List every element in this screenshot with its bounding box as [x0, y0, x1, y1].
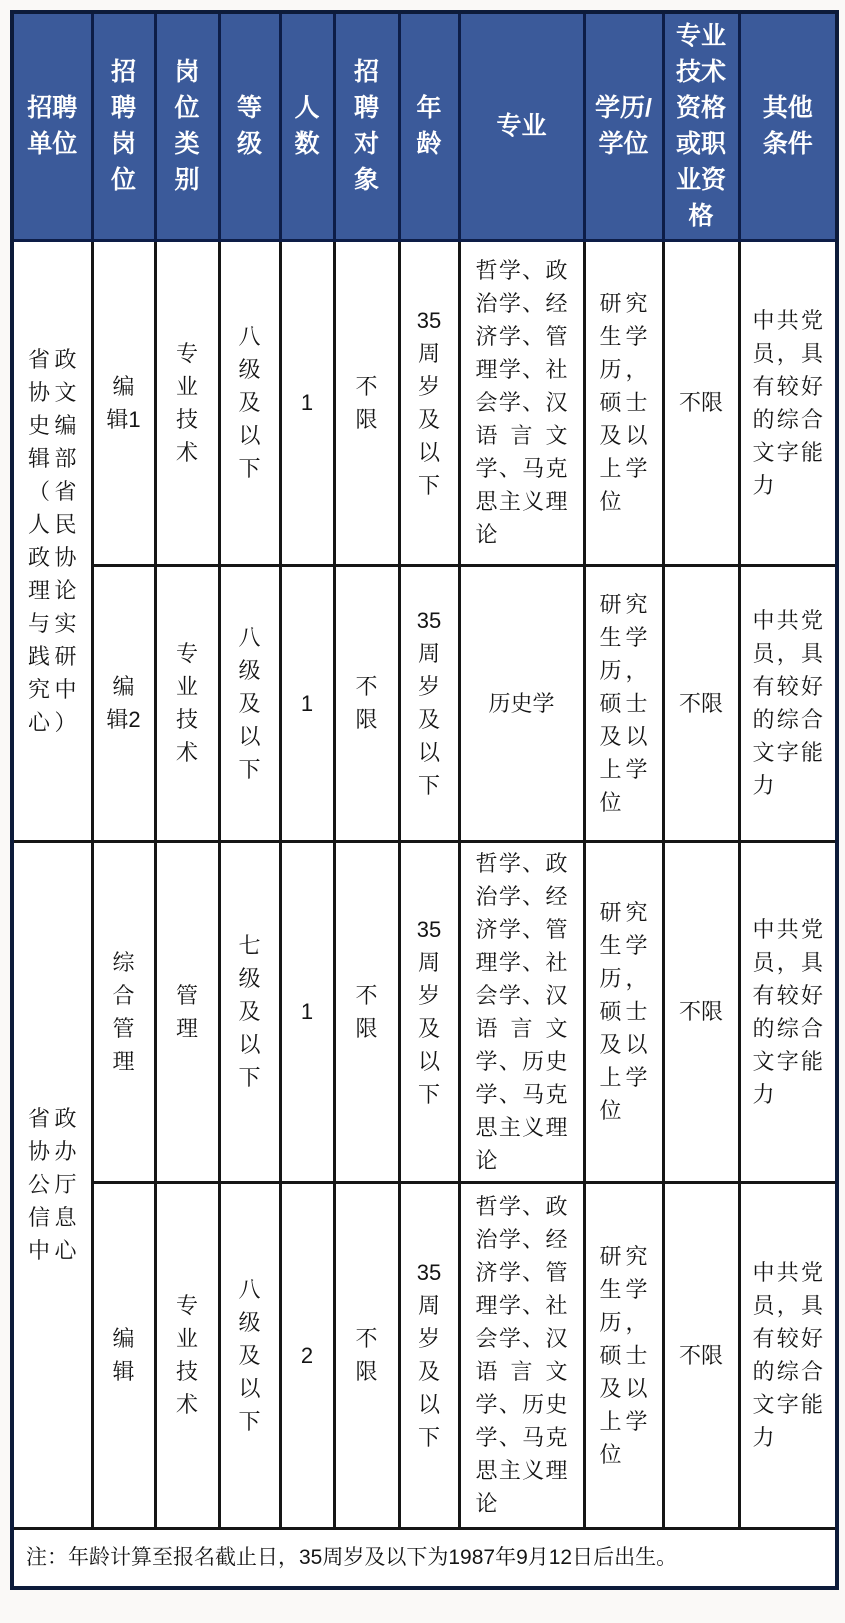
footnote-row: 注：年龄计算至报名截止日，35周岁及以下为1987年9月12日后出生。	[12, 1528, 837, 1588]
cell-row3-target: 不 限	[334, 841, 399, 1182]
col-header-unit: 招聘 单位	[12, 12, 92, 240]
cell-row3-degree: 研究 生学 历， 硕士 及以 上学 位	[584, 841, 663, 1182]
cell-row3-qualification: 不限	[663, 841, 739, 1182]
recruitment-table: 招聘 单位 招 聘 岗 位 岗 位 类 别 等 级 人 数 招 聘 对 象 年 …	[10, 10, 839, 1590]
cell-row4-degree: 研究 生学 历， 硕士 及以 上学 位	[584, 1182, 663, 1528]
col-header-grade: 等 级	[219, 12, 280, 240]
cell-row4-qualification: 不限	[663, 1182, 739, 1528]
col-header-degree: 学历/ 学位	[584, 12, 663, 240]
table-row: 省政 协文 史编 辑部 （省 人民 政协 理论 与实 践研 究中 心） 编 辑1…	[12, 240, 837, 565]
col-header-count: 人 数	[280, 12, 334, 240]
cell-row1-degree: 研究 生学 历， 硕士 及以 上学 位	[584, 240, 663, 565]
cell-row3-other: 中共党 员，具 有较好 的综合 文字能 力	[739, 841, 837, 1182]
cell-unit-group2: 省政 协办 公厅 信息 中心	[12, 841, 92, 1528]
col-header-target: 招 聘 对 象	[334, 12, 399, 240]
cell-row4-major: 哲学、政 治学、经 济学、管 理学、社 会学、汉 语言文 学、历史 学、马克 思…	[459, 1182, 584, 1528]
cell-row3-grade: 七 级 及 以 下	[219, 841, 280, 1182]
cell-row4-category: 专 业 技 术	[155, 1182, 219, 1528]
cell-row2-degree: 研究 生学 历， 硕士 及以 上学 位	[584, 565, 663, 841]
cell-row4-count: 2	[280, 1182, 334, 1528]
cell-row1-major: 哲学、政 治学、经 济学、管 理学、社 会学、汉 语言文 学、马克 思主义理 论	[459, 240, 584, 565]
cell-row2-age: 35 周 岁 及 以 下	[399, 565, 459, 841]
cell-row3-category: 管 理	[155, 841, 219, 1182]
cell-row1-qualification: 不限	[663, 240, 739, 565]
cell-row4-post: 编 辑	[92, 1182, 155, 1528]
cell-row1-category: 专 业 技 术	[155, 240, 219, 565]
table-row: 省政 协办 公厅 信息 中心 综 合 管 理 管 理 七 级 及 以 下 1 不…	[12, 841, 837, 1182]
cell-row1-other: 中共党 员，具 有较好 的综合 文字能 力	[739, 240, 837, 565]
table-row: 编 辑2 专 业 技 术 八 级 及 以 下 1 不 限 35 周 岁 及 以 …	[12, 565, 837, 841]
cell-row3-post: 综 合 管 理	[92, 841, 155, 1182]
cell-row1-age: 35 周 岁 及 以 下	[399, 240, 459, 565]
header-row: 招聘 单位 招 聘 岗 位 岗 位 类 别 等 级 人 数 招 聘 对 象 年 …	[12, 12, 837, 240]
cell-row2-major: 历史学	[459, 565, 584, 841]
cell-row1-count: 1	[280, 240, 334, 565]
cell-unit-group1: 省政 协文 史编 辑部 （省 人民 政协 理论 与实 践研 究中 心）	[12, 240, 92, 841]
cell-row2-other: 中共党 员，具 有较好 的综合 文字能 力	[739, 565, 837, 841]
col-header-post: 招 聘 岗 位	[92, 12, 155, 240]
cell-row2-qualification: 不限	[663, 565, 739, 841]
cell-row1-target: 不 限	[334, 240, 399, 565]
cell-row2-post: 编 辑2	[92, 565, 155, 841]
col-header-age: 年 龄	[399, 12, 459, 240]
footnote-text: 注：年龄计算至报名截止日，35周岁及以下为1987年9月12日后出生。	[12, 1528, 837, 1588]
cell-row2-count: 1	[280, 565, 334, 841]
cell-row2-grade: 八 级 及 以 下	[219, 565, 280, 841]
cell-row2-category: 专 业 技 术	[155, 565, 219, 841]
cell-row3-count: 1	[280, 841, 334, 1182]
col-header-major: 专业	[459, 12, 584, 240]
col-header-other: 其他 条件	[739, 12, 837, 240]
cell-row4-other: 中共党 员，具 有较好 的综合 文字能 力	[739, 1182, 837, 1528]
cell-row3-major: 哲学、政 治学、经 济学、管 理学、社 会学、汉 语言文 学、历史 学、马克 思…	[459, 841, 584, 1182]
cell-row4-target: 不 限	[334, 1182, 399, 1528]
cell-row2-target: 不 限	[334, 565, 399, 841]
cell-row1-grade: 八 级 及 以 下	[219, 240, 280, 565]
cell-row4-grade: 八 级 及 以 下	[219, 1182, 280, 1528]
cell-row3-age: 35 周 岁 及 以 下	[399, 841, 459, 1182]
col-header-category: 岗 位 类 别	[155, 12, 219, 240]
page-background: 招聘 单位 招 聘 岗 位 岗 位 类 别 等 级 人 数 招 聘 对 象 年 …	[0, 0, 845, 1623]
cell-row4-age: 35 周 岁 及 以 下	[399, 1182, 459, 1528]
cell-row1-post: 编 辑1	[92, 240, 155, 565]
col-header-qualification: 专业 技术 资格 或职 业资 格	[663, 12, 739, 240]
table-row: 编 辑 专 业 技 术 八 级 及 以 下 2 不 限 35 周 岁 及 以 下…	[12, 1182, 837, 1528]
